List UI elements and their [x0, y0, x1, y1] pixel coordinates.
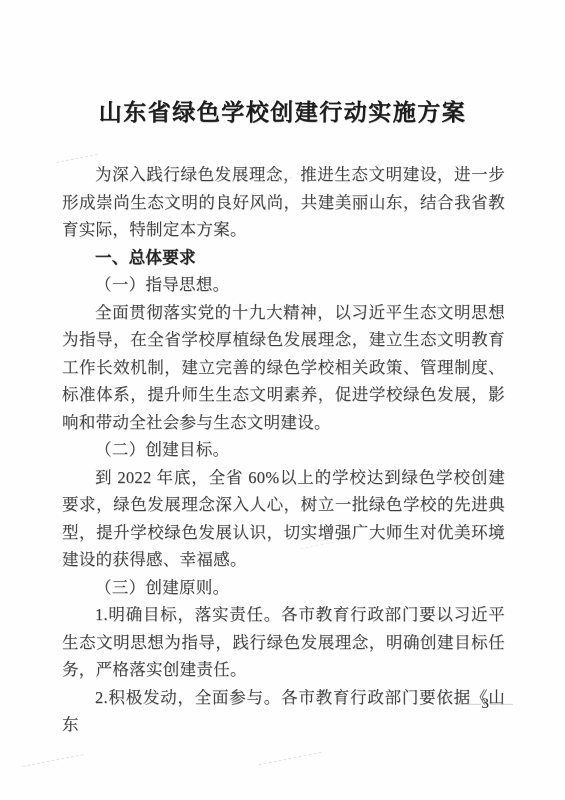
document-title: 山东省绿色学校创建行动实施方案: [0, 0, 565, 128]
body-paragraph-principle-1: 1.明确目标，落实责任。各市教育行政部门要以习近平生态文明思想为指导，践行绿色发…: [62, 601, 505, 684]
scan-artifact: [258, 752, 321, 765]
body-paragraph-creation-goals: 到 2022 年底，全省 60%以上的学校达到绿色学校创建要求，绿色发展理念深入…: [62, 464, 505, 574]
section-heading-overall-requirements: 一、总体要求: [62, 244, 505, 272]
scan-artifact: [22, 754, 83, 767]
subsection-heading-creation-principles: （三）创建原则。: [62, 574, 505, 602]
subsection-heading-creation-goals: （二）创建目标。: [62, 436, 505, 464]
subsection-heading-guiding-ideology: （一）指导思想。: [62, 271, 505, 299]
page-number-value: 3: [482, 696, 490, 713]
page-number-left-dash: —: [458, 696, 481, 713]
body-paragraph-principle-2: 2.积极发动，全面参与。各市教育行政部门要依据《山东: [62, 684, 505, 739]
body-paragraph-guiding-ideology: 全面贯彻落实党的十九大精神，以习近平生态文明思想为指导，在全省学校厚植绿色发展理…: [62, 299, 505, 437]
scanned-document-page: 山东省绿色学校创建行动实施方案 为深入践行绿色发展理念，推进生态文明建设，进一步…: [0, 0, 565, 800]
page-number: — 3 —: [462, 696, 510, 713]
document-body: 为深入践行绿色发展理念，推进生态文明建设，进一步形成崇尚生态文明的良好风尚，共建…: [62, 161, 505, 739]
intro-paragraph: 为深入践行绿色发展理念，推进生态文明建设，进一步形成崇尚生态文明的良好风尚，共建…: [62, 161, 505, 244]
page-number-right-dash: —: [490, 696, 513, 713]
